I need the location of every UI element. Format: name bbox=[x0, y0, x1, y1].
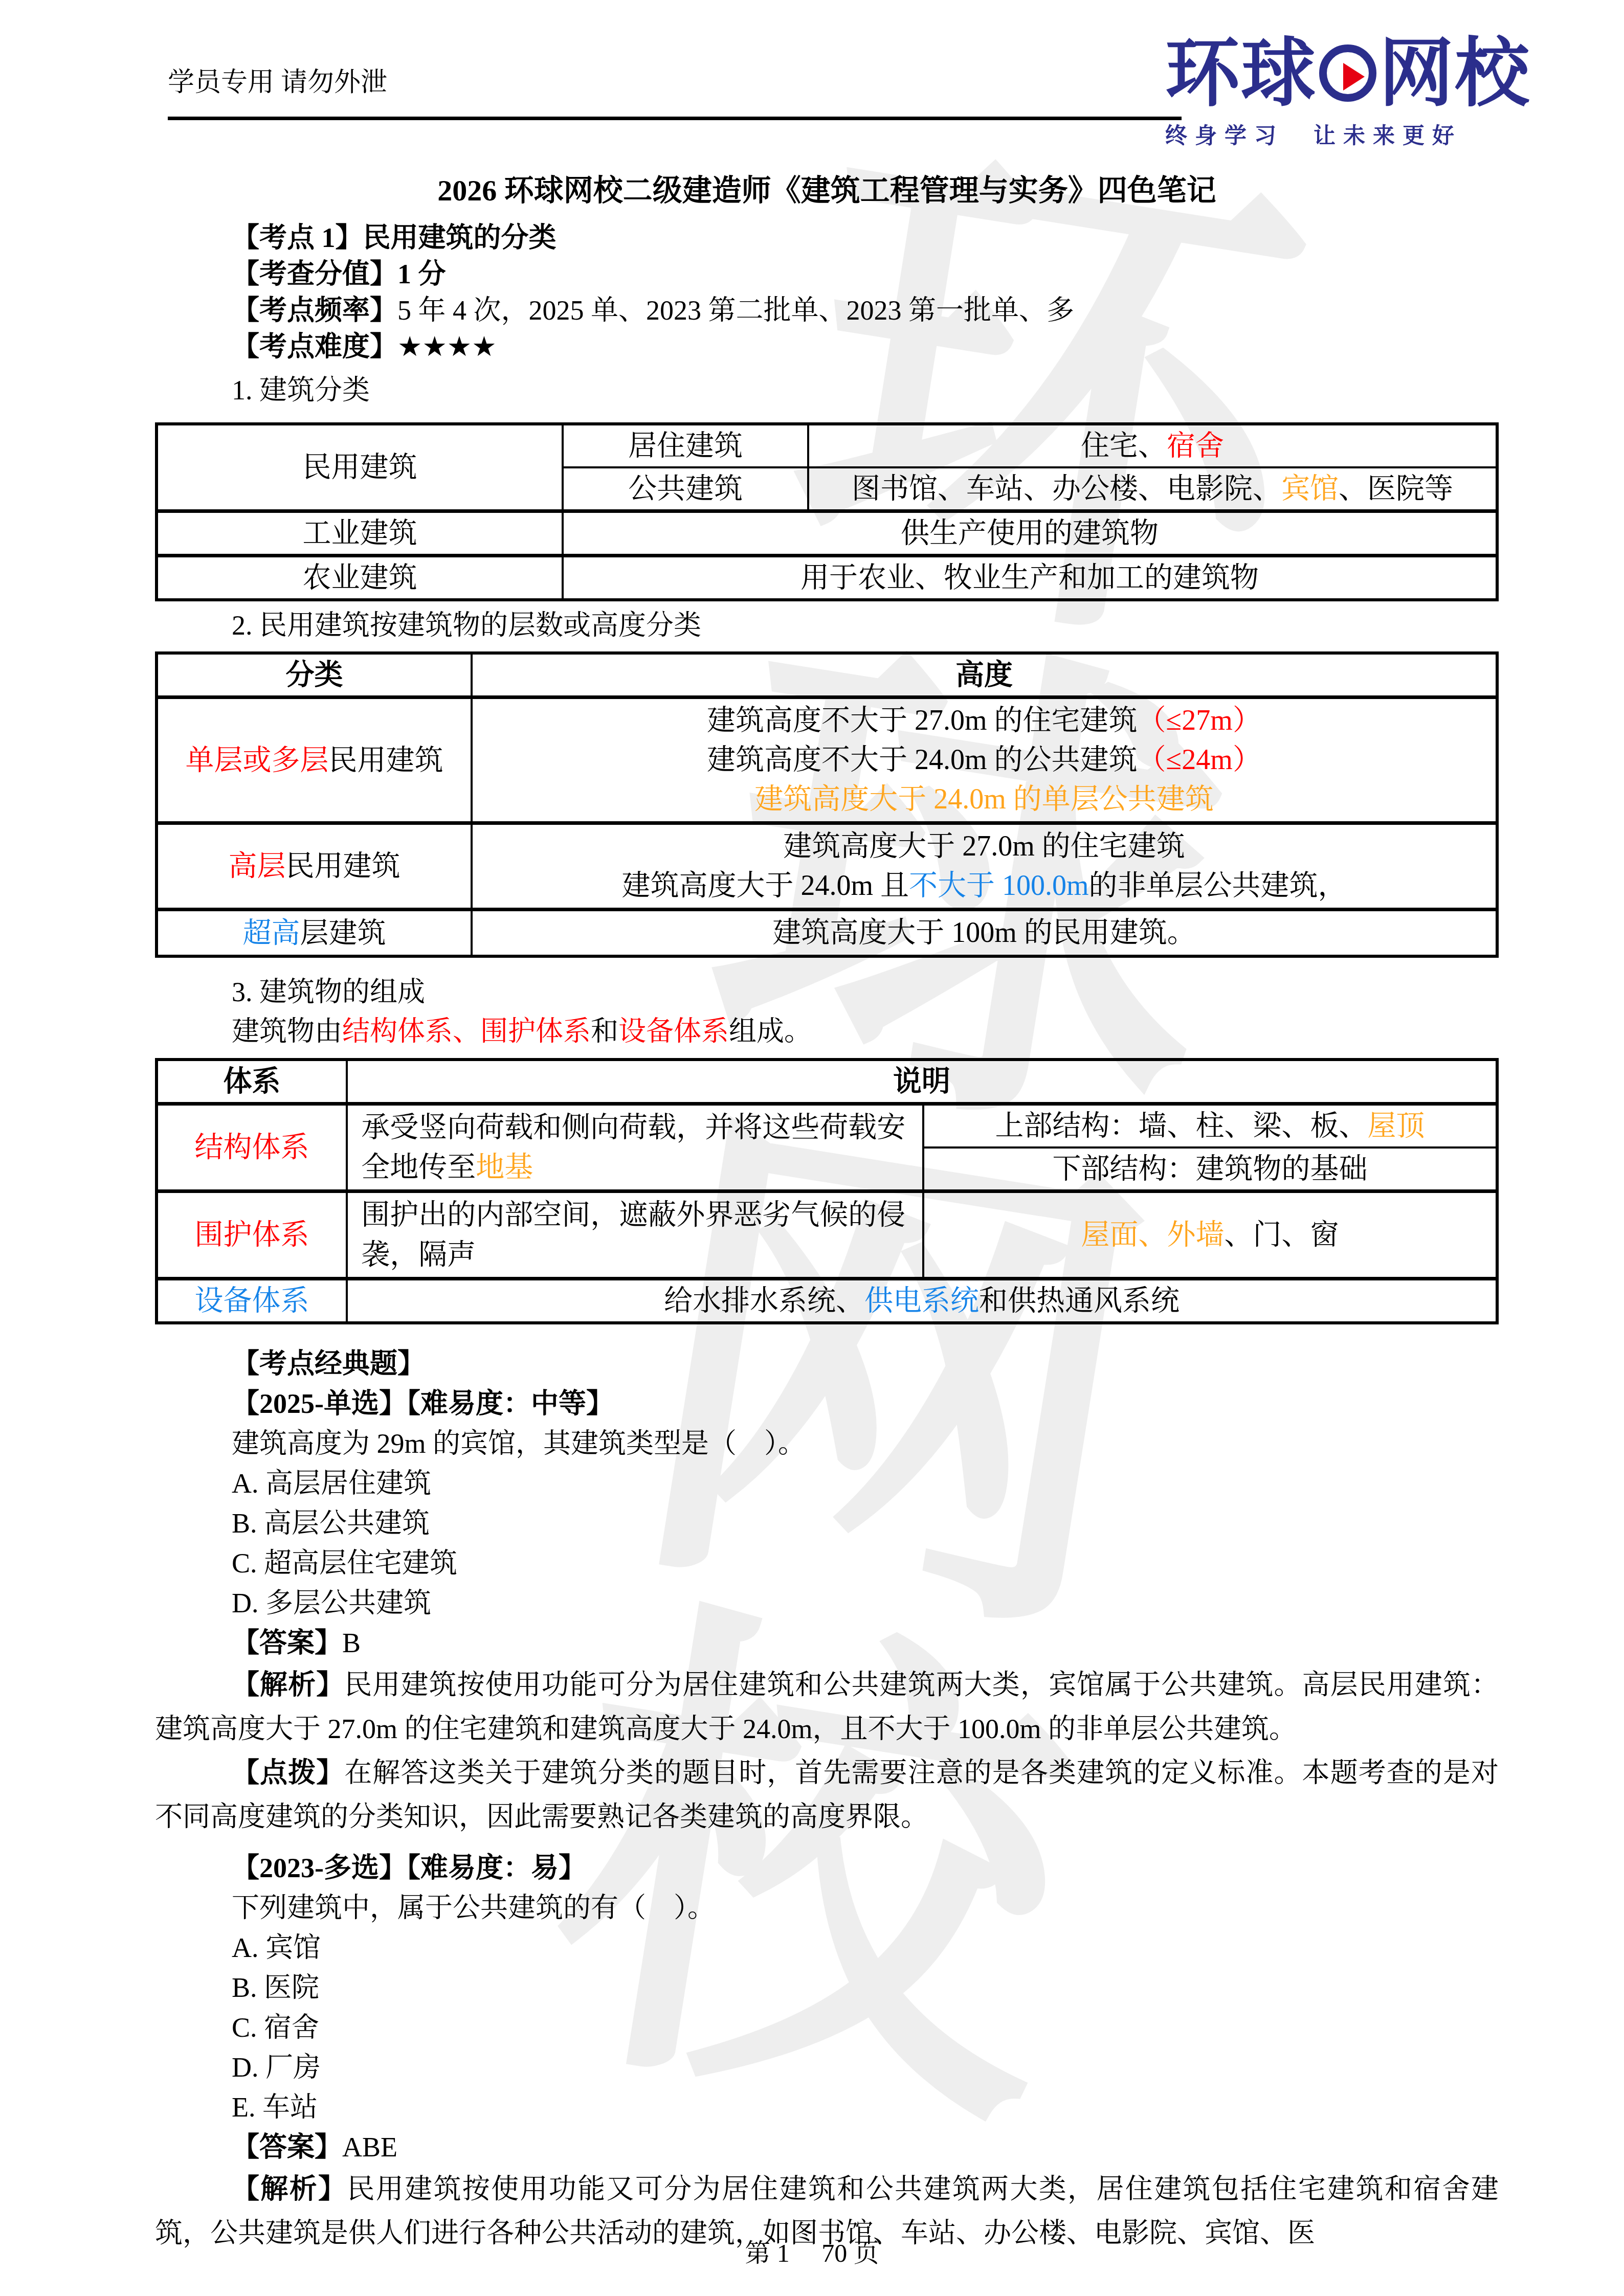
cell-equipment-system-label: 设备体系 bbox=[157, 1279, 347, 1323]
meta-score-label: 【考查分值】 bbox=[232, 259, 397, 289]
cell-highrise-rules: 建筑高度大于 27.0m 的住宅建筑 建筑高度大于 24.0m 且不大于 100… bbox=[472, 823, 1497, 910]
brand-tagline: 终身学习 让未来更好 bbox=[1165, 119, 1530, 150]
meta-point: 【考点 1】民用建筑的分类 bbox=[232, 220, 1499, 256]
cell-residential-examples: 住宅、宿舍 bbox=[808, 424, 1497, 467]
cell-enclosure-system-desc: 围护出的内部空间，遮蔽外界恶劣气候的侵袭，隔声 bbox=[347, 1191, 923, 1279]
exam-section-label: 【考点经典题】 bbox=[155, 1344, 1499, 1384]
cell-agricultural-desc: 用于农业、牧业生产和加工的建筑物 bbox=[563, 556, 1497, 600]
cell-agricultural: 农业建筑 bbox=[157, 556, 563, 600]
cell-structure-system-desc: 承受竖向荷载和侧向荷载，并将这些荷载安全地传至地基 bbox=[347, 1104, 923, 1191]
table-row: 单层或多层民用建筑 建筑高度不大于 27.0m 的住宅建筑（≤27m） 建筑高度… bbox=[157, 697, 1497, 823]
meta-difficulty-label: 【考点难度】 bbox=[232, 331, 397, 362]
header-height: 高度 bbox=[472, 653, 1497, 697]
cell-industrial: 工业建筑 bbox=[157, 511, 563, 556]
brand-logo: 环球 网校 终身学习 让未来更好 bbox=[1165, 36, 1530, 150]
tip-label: 【点拨】 bbox=[232, 1758, 344, 1788]
rule-line: 建筑高度不大于 27.0m 的住宅建筑（≤27m） bbox=[480, 701, 1488, 740]
header-divider bbox=[168, 117, 1182, 120]
question1-header: 【2025-单选】【难易度：中等】 bbox=[155, 1384, 1499, 1424]
question2-header: 【2023-多选】【难易度：易】 bbox=[155, 1848, 1499, 1888]
meta-score: 【考查分值】1 分 bbox=[232, 256, 1499, 292]
building-classification-table: 民用建筑 居住建筑 住宅、宿舍 公共建筑 图书馆、车站、办公楼、电影院、宾馆、医… bbox=[155, 422, 1499, 601]
table-row: 农业建筑 用于农业、牧业生产和加工的建筑物 bbox=[157, 556, 1497, 600]
meta-point-label: 【考点 1】 bbox=[232, 222, 363, 253]
header-category: 分类 bbox=[157, 653, 472, 697]
header-system: 体系 bbox=[157, 1060, 347, 1104]
meta-frequency-value: 5 年 4 次，2025 单、2023 第二批单、2023 第一批单、多 bbox=[397, 295, 1074, 326]
page-number-footer: 第 1 70 页 bbox=[0, 2233, 1624, 2269]
analysis-text: 民用建筑按使用功能可分为居住建筑和公共建筑两大类，宾馆属于公共建筑。高层民用建筑… bbox=[155, 1670, 1499, 1744]
cell-residential: 居住建筑 bbox=[563, 424, 808, 467]
question2-stem: 下列建筑中，属于公共建筑的有（ ）。 bbox=[155, 1888, 1499, 1928]
analysis-label: 【解析】 bbox=[232, 1670, 344, 1700]
question1-tip: 【点拨】在解答这类关于建筑分类的题目时，首先需要注意的是各类建筑的定义标准。本题… bbox=[155, 1751, 1499, 1839]
meta-score-value: 1 分 bbox=[397, 259, 446, 289]
cell-public-examples: 图书馆、车站、办公楼、电影院、宾馆、医院等 bbox=[808, 467, 1497, 511]
answer-value: ABE bbox=[342, 2132, 397, 2163]
table-row: 高层民用建筑 建筑高度大于 27.0m 的住宅建筑 建筑高度大于 24.0m 且… bbox=[157, 823, 1497, 910]
table-row: 工业建筑 供生产使用的建筑物 bbox=[157, 511, 1497, 556]
table-row: 设备体系 给水排水系统、供电系统和供热通风系统 bbox=[157, 1279, 1497, 1323]
answer-value: B bbox=[342, 1628, 361, 1658]
building-systems-table: 体系 说明 结构体系 承受竖向荷载和侧向荷载，并将这些荷载安全地传至地基 上部结… bbox=[155, 1058, 1499, 1324]
cell-upper-structure: 上部结构：墙、柱、梁、板、屋顶 bbox=[923, 1104, 1497, 1148]
question1-analysis: 【解析】民用建筑按使用功能可分为居住建筑和公共建筑两大类，宾馆属于公共建筑。高层… bbox=[155, 1663, 1499, 1751]
brand-name-right: 网校 bbox=[1379, 36, 1530, 110]
section-heading-1: 1. 建筑分类 bbox=[155, 373, 1499, 407]
question2-option-d: D. 厂房 bbox=[155, 2047, 1499, 2087]
tip-text: 在解答这类关于建筑分类的题目时，首先需要注意的是各类建筑的定义标准。本题考查的是… bbox=[155, 1758, 1499, 1832]
table-row: 围护体系 围护出的内部空间，遮蔽外界恶劣气候的侵袭，隔声 屋面、外墙、门、窗 bbox=[157, 1191, 1497, 1279]
page-header: 学员专用 请勿外泄 环球 网校 终身学习 让未来更好 bbox=[155, 0, 1499, 169]
cell-superhighrise-rules: 建筑高度大于 100m 的民用建筑。 bbox=[472, 910, 1497, 957]
question2-answer: 【答案】ABE bbox=[155, 2127, 1499, 2167]
meta-frequency: 【考点频率】5 年 4 次，2025 单、2023 第二批单、2023 第一批单… bbox=[232, 292, 1499, 329]
brand-logo-text: 环球 网校 bbox=[1165, 36, 1530, 110]
question1-stem: 建筑高度为 29m 的宾馆，其建筑类型是（ ）。 bbox=[155, 1424, 1499, 1464]
table-header-row: 体系 说明 bbox=[157, 1060, 1497, 1104]
question2-option-a: A. 宾馆 bbox=[155, 1928, 1499, 1968]
question2-option-c: C. 宿舍 bbox=[155, 2008, 1499, 2047]
rule-line: 建筑高度大于 100m 的民用建筑。 bbox=[480, 913, 1488, 953]
table-header-row: 分类 高度 bbox=[157, 653, 1497, 697]
cell-industrial-desc: 供生产使用的建筑物 bbox=[563, 511, 1497, 556]
exam-point-meta: 【考点 1】民用建筑的分类 【考查分值】1 分 【考点频率】5 年 4 次，20… bbox=[155, 220, 1499, 365]
table-row: 民用建筑 居住建筑 住宅、宿舍 bbox=[157, 424, 1497, 467]
analysis-label: 【解析】 bbox=[232, 2174, 347, 2204]
cell-structure-system-label: 结构体系 bbox=[157, 1104, 347, 1191]
rule-line: 建筑高度大于 24.0m 的单层公共建筑 bbox=[480, 780, 1488, 819]
meta-point-title: 民用建筑的分类 bbox=[363, 222, 557, 253]
brand-name-left: 环球 bbox=[1165, 36, 1317, 110]
height-classification-table: 分类 高度 单层或多层民用建筑 建筑高度不大于 27.0m 的住宅建筑（≤27m… bbox=[155, 651, 1499, 958]
cell-highrise-label: 高层民用建筑 bbox=[157, 823, 472, 910]
cell-equipment-system-desc: 给水排水系统、供电系统和供热通风系统 bbox=[347, 1279, 1497, 1323]
question1-option-a: A. 高层居住建筑 bbox=[155, 1464, 1499, 1503]
answer-label: 【答案】 bbox=[232, 2132, 342, 2163]
rule-line: 建筑高度大于 24.0m 且不大于 100.0m的非单层公共建筑， bbox=[480, 866, 1488, 906]
cell-lower-structure: 下部结构：建筑物的基础 bbox=[923, 1147, 1497, 1191]
table-row: 结构体系 承受竖向荷载和侧向荷载，并将这些荷载安全地传至地基 上部结构：墙、柱、… bbox=[157, 1104, 1497, 1148]
question1-option-c: C. 超高层住宅建筑 bbox=[155, 1543, 1499, 1583]
rule-line: 建筑高度大于 27.0m 的住宅建筑 bbox=[480, 827, 1488, 866]
cell-public: 公共建筑 bbox=[563, 467, 808, 511]
section-heading-2: 2. 民用建筑按建筑物的层数或高度分类 bbox=[155, 609, 1499, 642]
cell-enclosure-system-label: 围护体系 bbox=[157, 1191, 347, 1279]
header-description: 说明 bbox=[347, 1060, 1497, 1104]
answer-label: 【答案】 bbox=[232, 1628, 342, 1658]
question1-option-d: D. 多层公共建筑 bbox=[155, 1583, 1499, 1623]
cell-lowrise-rules: 建筑高度不大于 27.0m 的住宅建筑（≤27m） 建筑高度不大于 24.0m … bbox=[472, 697, 1497, 823]
cell-civil-building: 民用建筑 bbox=[157, 424, 563, 511]
exam-questions-section: 【考点经典题】 【2025-单选】【难易度：中等】 建筑高度为 29m 的宾馆，… bbox=[155, 1344, 1499, 2255]
question2-option-b: B. 医院 bbox=[155, 1968, 1499, 2008]
document-page: 学员专用 请勿外泄 环球 网校 终身学习 让未来更好 2026 环球网校二级建造… bbox=[155, 0, 1499, 2255]
table-row: 超高层建筑 建筑高度大于 100m 的民用建筑。 bbox=[157, 910, 1497, 957]
meta-difficulty: 【考点难度】★★★★ bbox=[232, 329, 1499, 365]
question1-answer: 【答案】B bbox=[155, 1623, 1499, 1663]
question2-option-e: E. 车站 bbox=[155, 2087, 1499, 2127]
question1-option-b: B. 高层公共建筑 bbox=[155, 1503, 1499, 1543]
cell-lowrise-label: 单层或多层民用建筑 bbox=[157, 697, 472, 823]
composition-intro: 建筑物由结构体系、围护体系和设备体系组成。 bbox=[155, 1013, 1499, 1050]
rule-line: 建筑高度不大于 24.0m 的公共建筑（≤24m） bbox=[480, 740, 1488, 780]
confidential-note: 学员专用 请勿外泄 bbox=[168, 60, 387, 99]
meta-frequency-label: 【考点频率】 bbox=[232, 295, 397, 326]
cell-enclosure-elements: 屋面、外墙、门、窗 bbox=[923, 1191, 1497, 1279]
play-circle-icon bbox=[1319, 44, 1376, 102]
cell-superhighrise-label: 超高层建筑 bbox=[157, 910, 472, 957]
document-title: 2026 环球网校二级建造师《建筑工程管理与实务》四色笔记 bbox=[155, 173, 1499, 209]
difficulty-stars: ★★★★ bbox=[397, 331, 497, 362]
section-heading-3: 3. 建筑物的组成 bbox=[155, 975, 1499, 1009]
